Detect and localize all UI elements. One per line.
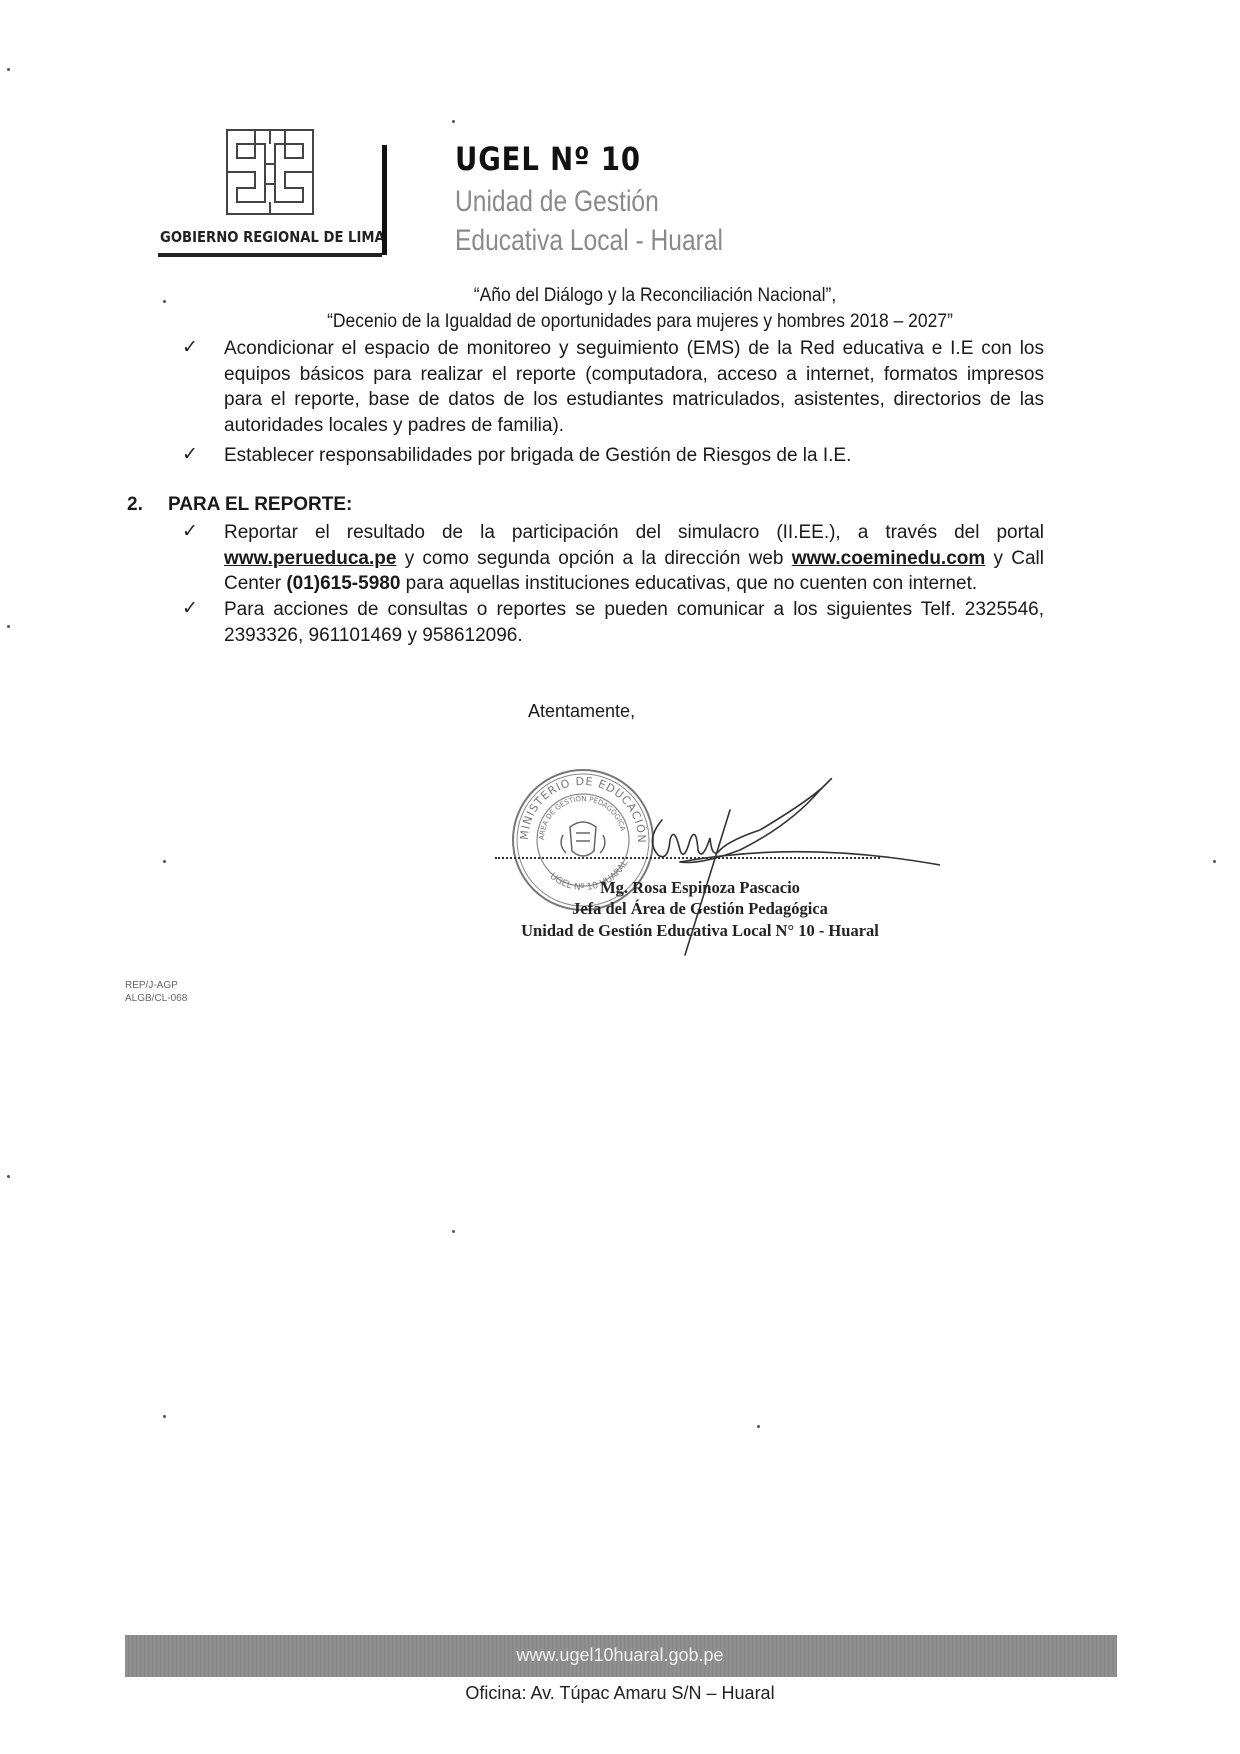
coeminedu-link[interactable]: www.coeminedu.com	[792, 548, 986, 569]
signature-line	[495, 857, 880, 859]
footer-office-address: Oficina: Av. Túpac Amaru S/N – Huaral	[0, 1683, 1240, 1704]
check-icon: ✓	[182, 520, 198, 543]
reference-code: ALGB/CL-068	[125, 993, 187, 1004]
list-item-contacts: Para acciones de consultas o reportes se…	[224, 597, 1044, 648]
perueduca-link[interactable]: www.perueduca.pe	[224, 548, 396, 569]
ugel-subtitle-line2: Educativa Local - Huaral	[455, 224, 723, 258]
list-item-report: Reportar el resultado de la participació…	[224, 520, 1044, 597]
check-icon: ✓	[182, 336, 198, 359]
signatory-role: Jefa del Área de Gestión Pedagógica	[440, 899, 960, 919]
ugel-subtitle-line1: Unidad de Gestión	[455, 185, 659, 219]
gov-underline	[158, 253, 382, 257]
closing: Atentamente,	[528, 701, 635, 722]
scan-speck	[757, 1425, 760, 1428]
reference-code: REP/J-AGP	[125, 980, 178, 991]
scan-speck	[7, 68, 10, 71]
footer-website[interactable]: www.ugel10huaral.gob.pe	[0, 1645, 1240, 1666]
list-item: Establecer responsabilidades por brigada…	[224, 443, 1044, 469]
section-title: PARA EL REPORTE:	[168, 494, 352, 516]
scan-speck	[1213, 860, 1216, 863]
report-text-a: Reportar el resultado de la participació…	[224, 522, 1044, 543]
scan-speck	[163, 300, 166, 303]
signatory-unit: Unidad de Gestión Educativa Local N° 10 …	[440, 921, 960, 941]
check-icon: ✓	[182, 443, 198, 466]
check-icon: ✓	[182, 597, 198, 620]
motto-decade: “Decenio de la Igualdad de oportunidades…	[70, 311, 1211, 333]
call-center-phone: (01)615-5980	[286, 573, 400, 594]
gobierno-regional-logo-icon	[225, 128, 315, 216]
list-item: Acondicionar el espacio de monitoreo y s…	[224, 336, 1044, 438]
scan-speck	[452, 1230, 455, 1233]
report-text-d: para aquellas instituciones educativas, …	[400, 573, 977, 594]
header-divider	[382, 145, 387, 255]
scan-speck	[7, 625, 10, 628]
scan-speck	[452, 120, 455, 123]
scan-speck	[7, 1175, 10, 1178]
motto-year: “Año del Diálogo y la Reconciliación Nac…	[85, 285, 1226, 307]
signatory-name: Mg. Rosa Espinoza Pascacio	[440, 878, 960, 898]
scan-speck	[163, 860, 166, 863]
scan-speck	[163, 1415, 166, 1418]
section-number: 2.	[127, 494, 143, 516]
ugel-title: UGEL Nº 10	[455, 140, 641, 178]
gov-name: GOBIERNO REGIONAL DE LIMA	[160, 228, 385, 246]
report-text-b: y como segunda opción a la dirección web	[396, 548, 791, 569]
